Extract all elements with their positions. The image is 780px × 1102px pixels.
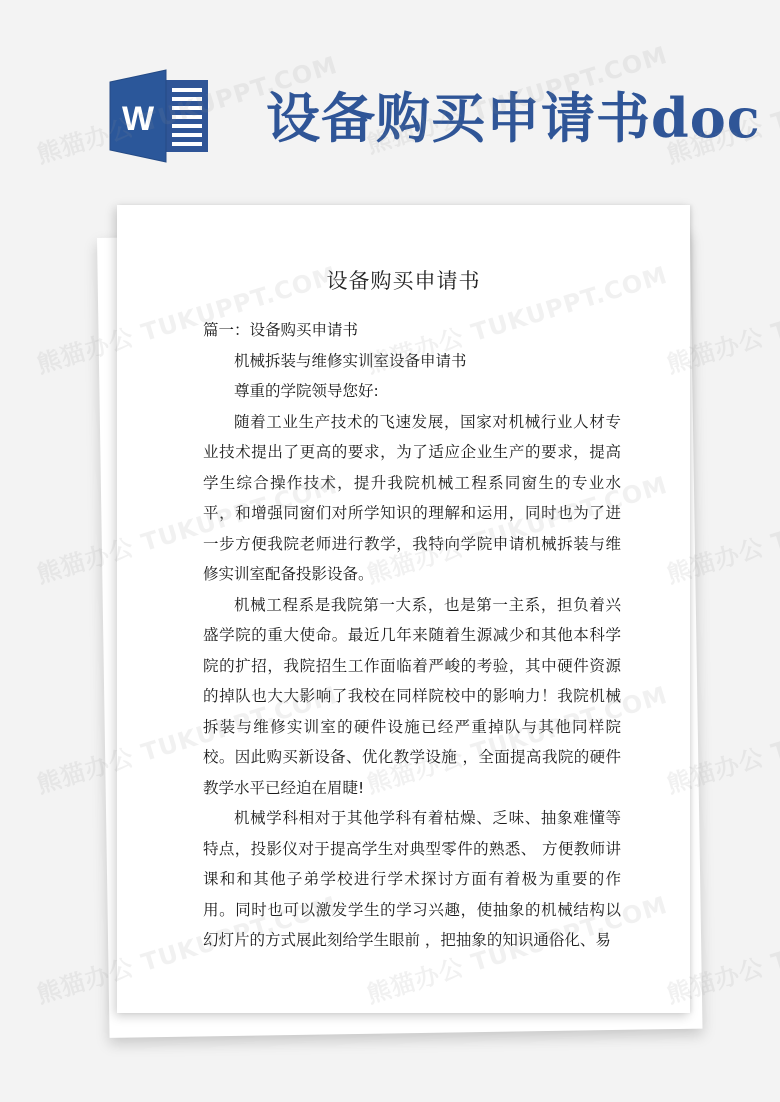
document-body: 篇一：设备购买申请书 机械拆装与维修实训室设备申请书 尊重的学院领导您好: 随着… <box>203 315 621 956</box>
paragraph: 随着工业生产技术的飞速发展，国家对机械行业人材专业技术提出了更高的要求，为了适应… <box>203 407 621 590</box>
document-title: 设备购买申请书 <box>117 265 690 295</box>
svg-text:W: W <box>122 100 155 138</box>
paragraph: 机械学科相对于其他学科有着枯燥、乏味、抽象难懂等特点，投影仪对于提高学生对典型零… <box>203 803 621 956</box>
paragraph: 机械工程系是我院第一大系，也是第一主系，担负着兴盛学院的重大使命。最近几年来随着… <box>203 590 621 804</box>
document-page: 设备购买申请书 篇一：设备购买申请书 机械拆装与维修实训室设备申请书 尊重的学院… <box>117 205 690 1013</box>
page-title: 设备购买申请书doc <box>266 78 761 158</box>
subtitle: 机械拆装与维修实训室设备申请书 <box>203 346 621 377</box>
salutation: 尊重的学院领导您好: <box>203 376 621 407</box>
word-document-icon: W <box>108 68 210 163</box>
header: W 设备购买申请书doc <box>108 68 728 163</box>
section-heading: 篇一：设备购买申请书 <box>203 315 621 346</box>
